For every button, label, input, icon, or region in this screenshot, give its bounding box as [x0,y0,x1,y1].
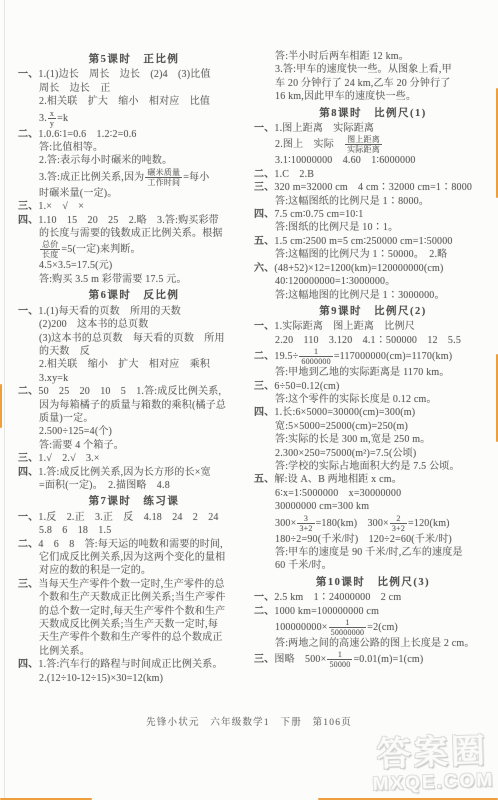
answer-line: 一、1.(1)每天看的页数 所用的天数 [18,305,250,318]
answer-line: 2.答:表示每小时碾米的吨数。 [18,154,250,167]
answer-line: 的长度与需要的钱数成正比例关系。根据 [18,227,250,240]
answer-line: 二、4 6 8 答:每天运的吨数和需要的时间, [18,538,250,551]
fraction: 16000000 [299,347,332,366]
section-marker: 二、 [18,539,38,550]
answer-line: 16 km,因此甲车的速度快一些。 [254,90,492,103]
lesson-header: 第8课时 比例尺(1) [254,104,492,122]
answer-line: 300×33+2=180(km) 300×23+2=120(km) [254,514,492,533]
answer-line: 180÷2=90(千米/时) 120÷2=60(千米/时) [254,533,492,546]
section-marker: 一、 [18,512,38,523]
section-marker: 三、 [18,453,38,464]
answer-line: 30000000 cm=300 km [254,500,492,513]
answer-line: 100000000×150000000=2(cm) [254,618,492,637]
section-marker: 二、 [254,351,274,362]
fraction: 23+2 [390,514,407,533]
answer-line: 质量)一定。 [18,412,250,425]
answer-line: 3.1∶10000000 4.60 1∶6000000 [254,154,492,167]
answer-line: 三、320 m=32000 cm 4 cm∶32000 cm=1∶8000 [254,181,492,194]
answer-line: =面积(一定)。 2.描图略 4.8 [18,479,250,492]
answer-line: 五、1.5 cm∶2500 m=5 cm∶250000 cm=1∶50000 [254,235,492,248]
answer-line: 周长 边长 正 [18,82,250,95]
answer-line: 2.20 110 3.120 4.1∶500000 12 5.5 [254,334,492,347]
section-marker: 四、 [254,209,274,220]
answer-line: 的总个数一定时,每天生产零件个数和生产 [18,605,250,618]
answers-column-left: 第5课时 正比例一、1.(1)边长 周长 边长 (2)4 (3)比值周长 边长 … [18,50,250,685]
answer-line: 四、1.答:成反比例关系,因为长方形的长×宽 [18,466,250,479]
answer-line: 四、1.10 15 20 25 2.略 3.答:购买彩带 [18,214,250,227]
section-marker: 三、 [254,381,274,392]
answer-line: 二、19.5÷16000000=117000000(cm)=1170(km) [254,347,492,366]
answer-line: 因为每箱橘子的质量与箱数的乘积(橘子总 [18,399,250,412]
answer-line: 答:甲车的速度是 90 千米/时,乙车的速度是 [254,546,492,559]
section-marker: 五、 [254,236,274,247]
section-marker: 四、 [254,407,274,418]
answer-line: (3)这本书的总页数 每天看的页数 所用 [18,332,250,345]
page-footer: 先锋小状元 六年级数学1 下册 第106页 [0,714,498,728]
lesson-header: 第9课时 比例尺(2) [254,302,492,320]
answer-line: 答:图纸的比例尺是 10∶1。 [254,221,492,234]
section-marker: 六、 [254,263,274,274]
lesson-header: 第5课时 正比例 [18,50,250,68]
answer-line: 3.答:甲车的速度快一些。从图象上看,甲 [254,63,492,76]
answer-line: 一、1.反 2.正 3.正 反 4.18 24 2 24 [18,511,250,524]
section-marker: 一、 [254,592,274,603]
section-marker: 一、 [254,123,274,134]
section-marker: 三、 [254,654,274,665]
answer-line: 答:购买 3.5 m 彩带需要 17.5 元。 [18,273,250,286]
answer-line: 二、1.0.6∶1=0.6 1.2∶2=0.6 [18,128,250,141]
section-marker: 一、 [18,306,38,317]
section-marker: 三、 [18,579,38,590]
section-marker: 五、 [254,474,274,485]
answer-line: 答:两地之间的高速公路的图上长度是 2 cm。 [254,637,492,650]
answer-line: 对应的数的积是一定的。 [18,564,250,577]
section-marker: 一、 [254,321,274,332]
section-marker: 二、 [254,169,274,180]
section-marker: 二、 [18,129,38,140]
answer-line: 答:比值相等。 [18,141,250,154]
answer-line: 4.5×3.5=17.5(元) [18,259,250,272]
page-border-accent-left [0,384,2,428]
answer-line: 答:学校的实际占地面积大约是 7.5 公顷。 [254,460,492,473]
answer-line: 二、50 25 20 10 5 1.答:成反比例关系, [18,385,250,398]
answer-line: 答:需要 4 个箱子。 [18,439,250,452]
page-scan-edge [4,0,5,800]
answers-column-right: 答:半小时后两车相距 12 km。3.答:甲车的速度快一些。从图象上看,甲车 2… [254,50,492,669]
section-marker: 四、 [18,659,38,670]
watermark-brand-logo: 答案圈 [371,734,494,772]
answer-line: 三、图略 500×150000=0.01(m)=1(cm) [254,650,492,669]
answer-line: 个数和生产天数成正比例关系;当生产零件 [18,591,250,604]
answer-line: 天生产零件个数和生产零件的总个数成正 [18,631,250,644]
answer-line: 40∶120000000=1∶3000000。 [254,275,492,288]
answer-line: 答:这个零件的实际长度是 0.12 cm。 [254,393,492,406]
answer-line: 二、1000 km=100000000 cm [254,605,492,618]
answer-line: 六、(48+52)×12=1200(km)=120000000(cm) [254,262,492,275]
lesson-header: 第6课时 反比例 [18,286,250,304]
answer-line: 3.xy=k [18,372,250,385]
answer-line: (2)200 这本书的总页数 [18,318,250,331]
fraction: 33+2 [297,514,314,533]
answer-line: 二、1.C 2.B [254,168,492,181]
lesson-header: 第10课时 比例尺(3) [254,573,492,591]
answer-line: 它们成反比例关系,因为这两个变化的量相 [18,551,250,564]
answer-line: 2.(12÷10-12÷15)×30=12(km) [18,672,250,685]
section-marker: 一、 [18,69,38,80]
answer-line: 答:半小时后两车相距 12 km。 [254,50,492,63]
answer-line: 三、1.√ 2.√ 3.× [18,452,250,465]
answer-line: 答:这幅图纸的比例尺是 1∶8000。 [254,195,492,208]
answer-line: 四、7.5 cm∶0.75 cm=10∶1 [254,208,492,221]
section-marker: 四、 [18,215,38,226]
answer-line: 一、1.(1)边长 周长 边长 (2)4 (3)比值 [18,68,250,81]
fraction: 碾米质量工作时间 [145,168,182,187]
fraction: xy [48,109,56,128]
answer-line: 5.8 6 18 1.5 [18,524,250,537]
answer-line: 三、当每天生产零件个数一定时,生产零件的总 [18,578,250,591]
watermark-domain: MXQE.COM [373,771,495,794]
answer-line: 60 千米/时。 [254,559,492,572]
answer-line: 一、1.实际距离 图上距离 比例尺 [254,320,492,333]
answer-line: 6∶x=1∶5000000 x=30000000 [254,487,492,500]
answer-line: 比例关系。 [18,645,250,658]
scanned-answer-page: 第5课时 正比例一、1.(1)边长 周长 边长 (2)4 (3)比值周长 边长 … [0,0,498,800]
watermark: 答案圈 MXQE.COM [371,734,494,794]
answer-line: 3.xy=k [18,109,250,128]
section-marker: 三、 [18,201,38,212]
answer-line: 一、1.图上距离 实际距离 [254,122,492,135]
answer-line: 2.500÷125=4(个) [18,425,250,438]
lesson-header: 第7课时 练习课 [18,492,250,510]
fraction: 150000000 [329,618,367,637]
section-marker: 四、 [18,467,38,478]
answer-line: 答:这幅图的比例尺为 1∶50000。 2.略 [254,248,492,261]
answer-line: 答:甲地到乙地的实际距离是 1170 km。 [254,366,492,379]
fraction: 150000 [327,650,352,669]
answer-line: 答:实际的长是 300 m,宽是 250 m。 [254,433,492,446]
answer-line: 宽:5×5000=25000(cm)=250(m) [254,420,492,433]
answer-line: 五、解:设 A、B 两地相距 x cm。 [254,473,492,486]
answer-line: 2.图上 实际 图上距离实际距离 [254,135,492,154]
answer-line: 时碾米量(一定)。 [18,187,250,200]
answer-line: 2.300×250=75000(m²)=7.5(公顷) [254,447,492,460]
section-marker: 三、 [254,182,274,193]
answer-line: 2.相关联 扩大 缩小 相对应 比值 [18,95,250,108]
answer-line: 3.答:成正比例关系,因为碾米质量工作时间=每小 [18,168,250,187]
section-marker: 二、 [18,386,38,397]
fraction: 总价长度 [40,240,60,259]
answer-line: 三、1.× √ × [18,200,250,213]
answer-line: 一、2.5 km 1∶24000000 2 cm [254,591,492,604]
answer-line: 答:这幅地图的比例尺是 1∶3000000。 [254,289,492,302]
answer-line: 车 20 分钟行了 24 km,乙车 20 分钟行了 [254,77,492,90]
answer-line: 四、1.答:汽车行的路程与时间成正比例关系。 [18,658,250,671]
answer-line: 的天数 反 [18,345,250,358]
answer-line: 2.相关联 缩小 扩大 相对应 乘积 [18,358,250,371]
fraction: 图上距离实际距离 [345,135,382,154]
answer-line: 四、1.长:6×5000=30000(cm)=300(m) [254,406,492,419]
answer-line: 总价长度=5(一定)来判断。 [18,240,250,259]
answer-line: 天数成反比例关系;当生产天数一定时,每 [18,618,250,631]
section-marker: 二、 [254,606,274,617]
answer-line: 三、6÷50=0.12(cm) [254,380,492,393]
